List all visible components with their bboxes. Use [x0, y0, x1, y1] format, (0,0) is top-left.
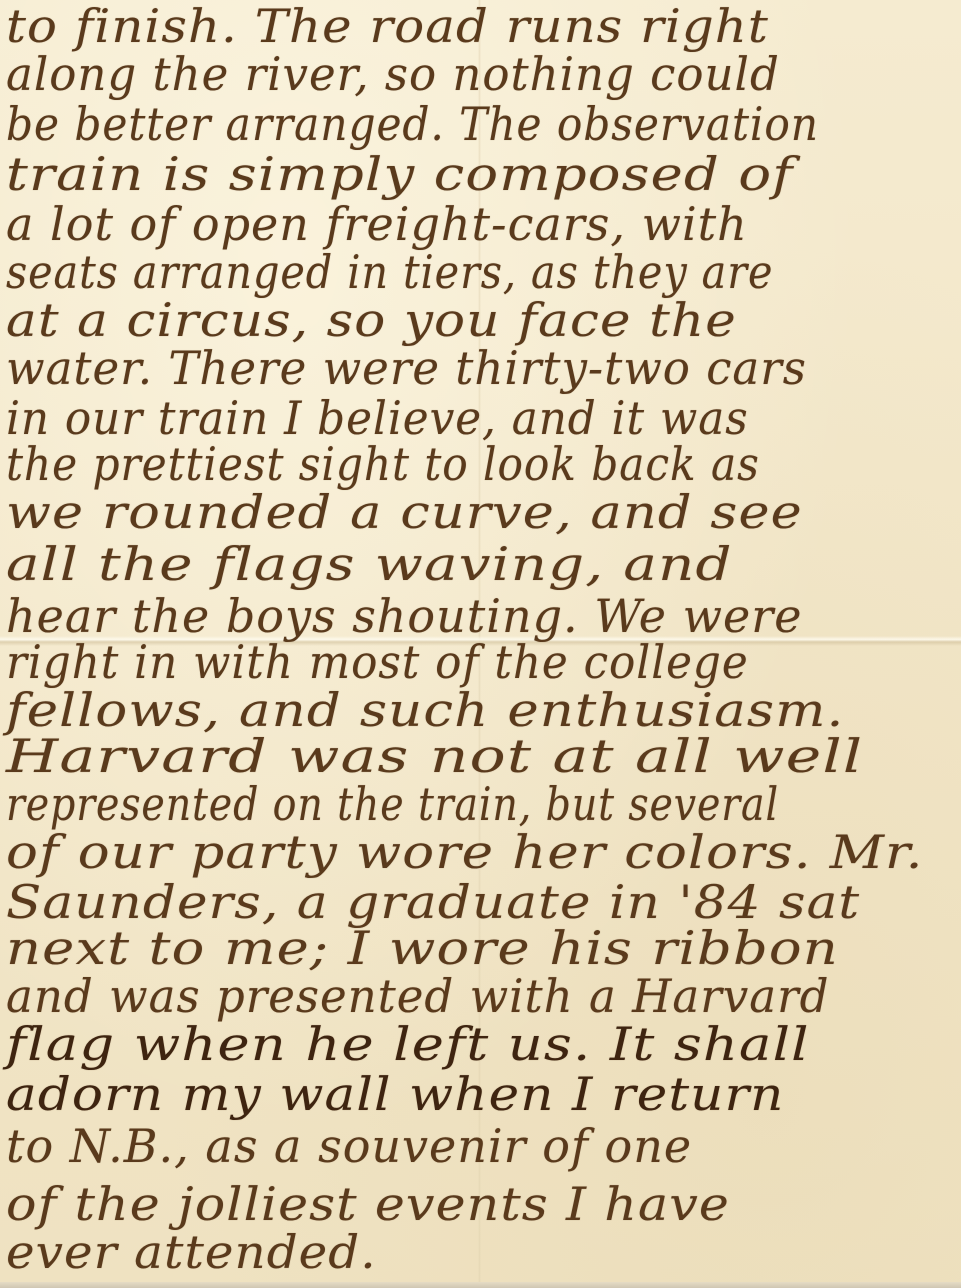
text-line: ever attended. — [6, 1226, 956, 1278]
text-line: be better arranged. The observation — [6, 98, 956, 150]
text-line: next to me; I wore his ribbon — [6, 922, 956, 974]
text-line: we rounded a curve, and see — [6, 486, 956, 538]
text-line: right in with most of the college — [6, 636, 956, 688]
text-line: train is simply composed of — [6, 148, 956, 200]
letter-page: to finish. The road runs right along the… — [0, 0, 961, 1288]
text-line: of the jolliest events I have — [6, 1178, 956, 1230]
text-line: represented on the train, but several — [6, 778, 956, 830]
page-bottom-edge — [0, 1282, 961, 1288]
text-line: along the river, so nothing could — [6, 48, 956, 100]
text-line: and was presented with a Harvard — [6, 970, 956, 1022]
handwritten-text-block: to finish. The road runs right along the… — [0, 0, 961, 1288]
text-line: a lot of open freight-cars, with — [6, 198, 956, 250]
text-line: Harvard was not at all well — [6, 730, 956, 782]
text-line: at a circus, so you face the — [6, 294, 956, 346]
text-line: the prettiest sight to look back as — [6, 438, 956, 490]
text-line: all the flags waving, and — [6, 538, 956, 590]
text-line: seats arranged in tiers, as they are — [6, 246, 956, 298]
text-line: water. There were thirty-two cars — [6, 342, 956, 394]
text-line: adorn my wall when I return — [6, 1068, 956, 1120]
text-line: of our party wore her colors. Mr. — [6, 826, 956, 878]
text-line: flag when he left us. It shall — [6, 1018, 956, 1070]
text-line: to finish. The road runs right — [6, 0, 956, 52]
text-line: to N.B., as a souvenir of one — [6, 1120, 956, 1172]
